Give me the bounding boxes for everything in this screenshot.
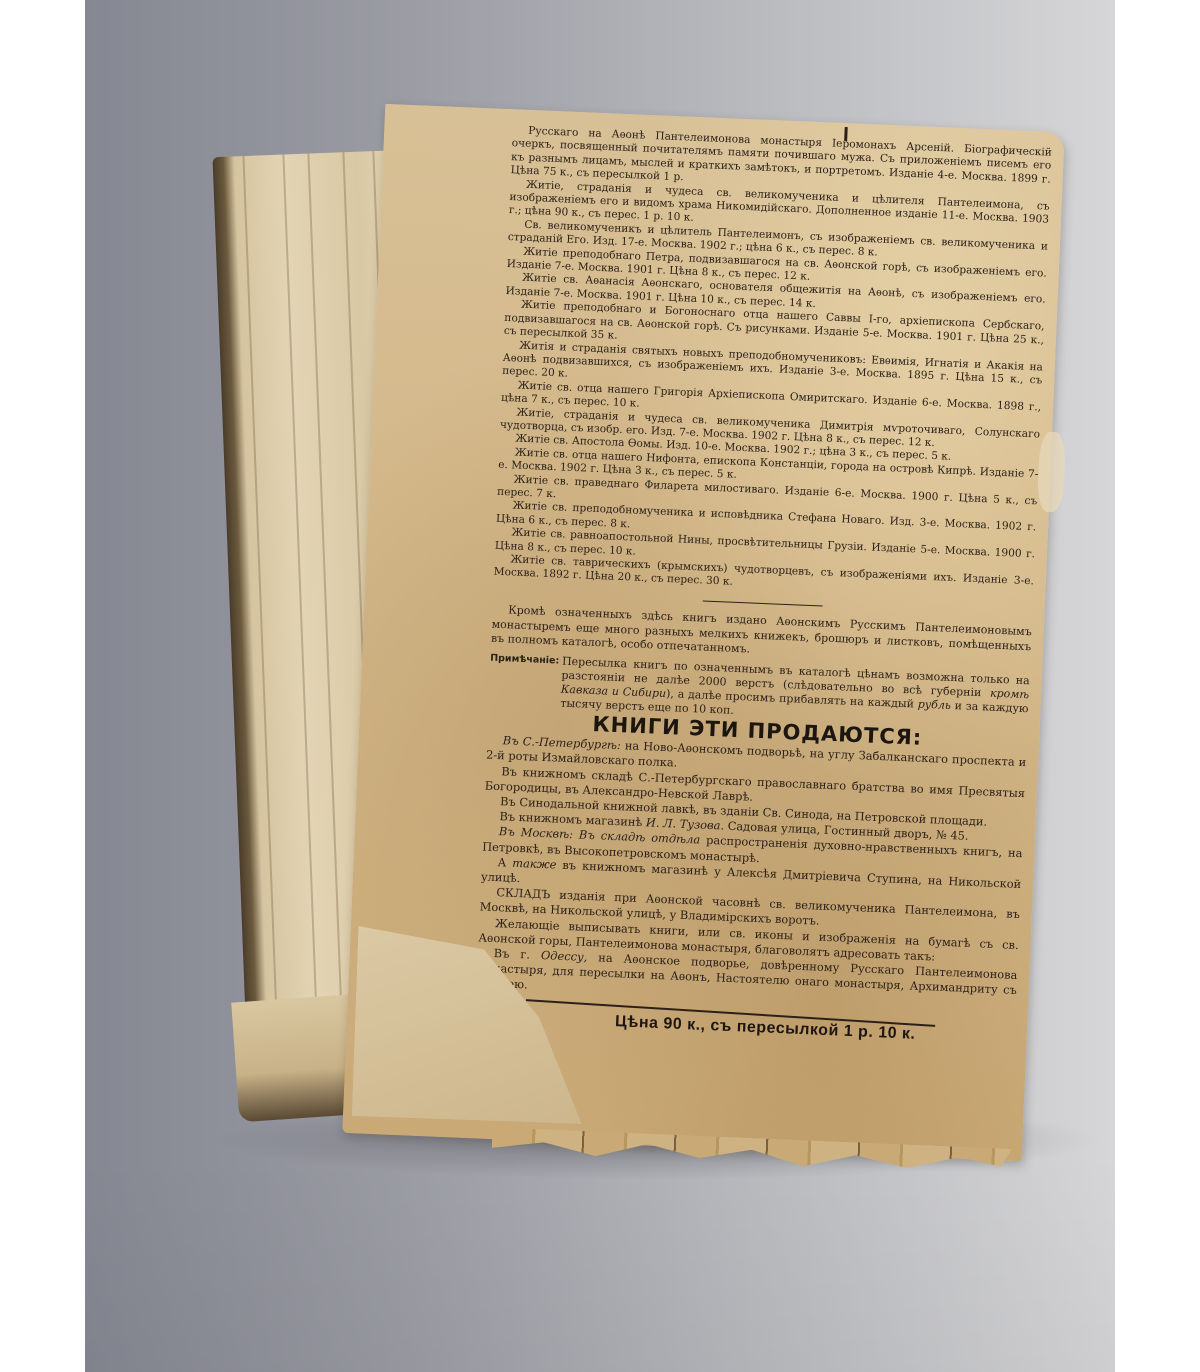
note-label: Примѣчаніе:: [488, 651, 562, 710]
frayed-edge: [1037, 431, 1066, 512]
photograph: Русскаго на Аѳонѣ Пантелеимонова монасты…: [85, 0, 1115, 1372]
cover-text: Русскаго на Аѳонѣ Пантелеимонова монасты…: [475, 124, 1052, 1045]
catalog-list: Русскаго на Аѳонѣ Пантелеимонова монасты…: [493, 124, 1052, 602]
divider: [703, 600, 823, 607]
shop-list: Въ С.-Петербургѣ: на Ново-Аѳонскомъ подв…: [476, 733, 1026, 1014]
torn-bottom-edge: [491, 1127, 1012, 1175]
notice: Кромѣ означенныхъ здѣсь книгъ издано Аѳо…: [488, 603, 1032, 730]
